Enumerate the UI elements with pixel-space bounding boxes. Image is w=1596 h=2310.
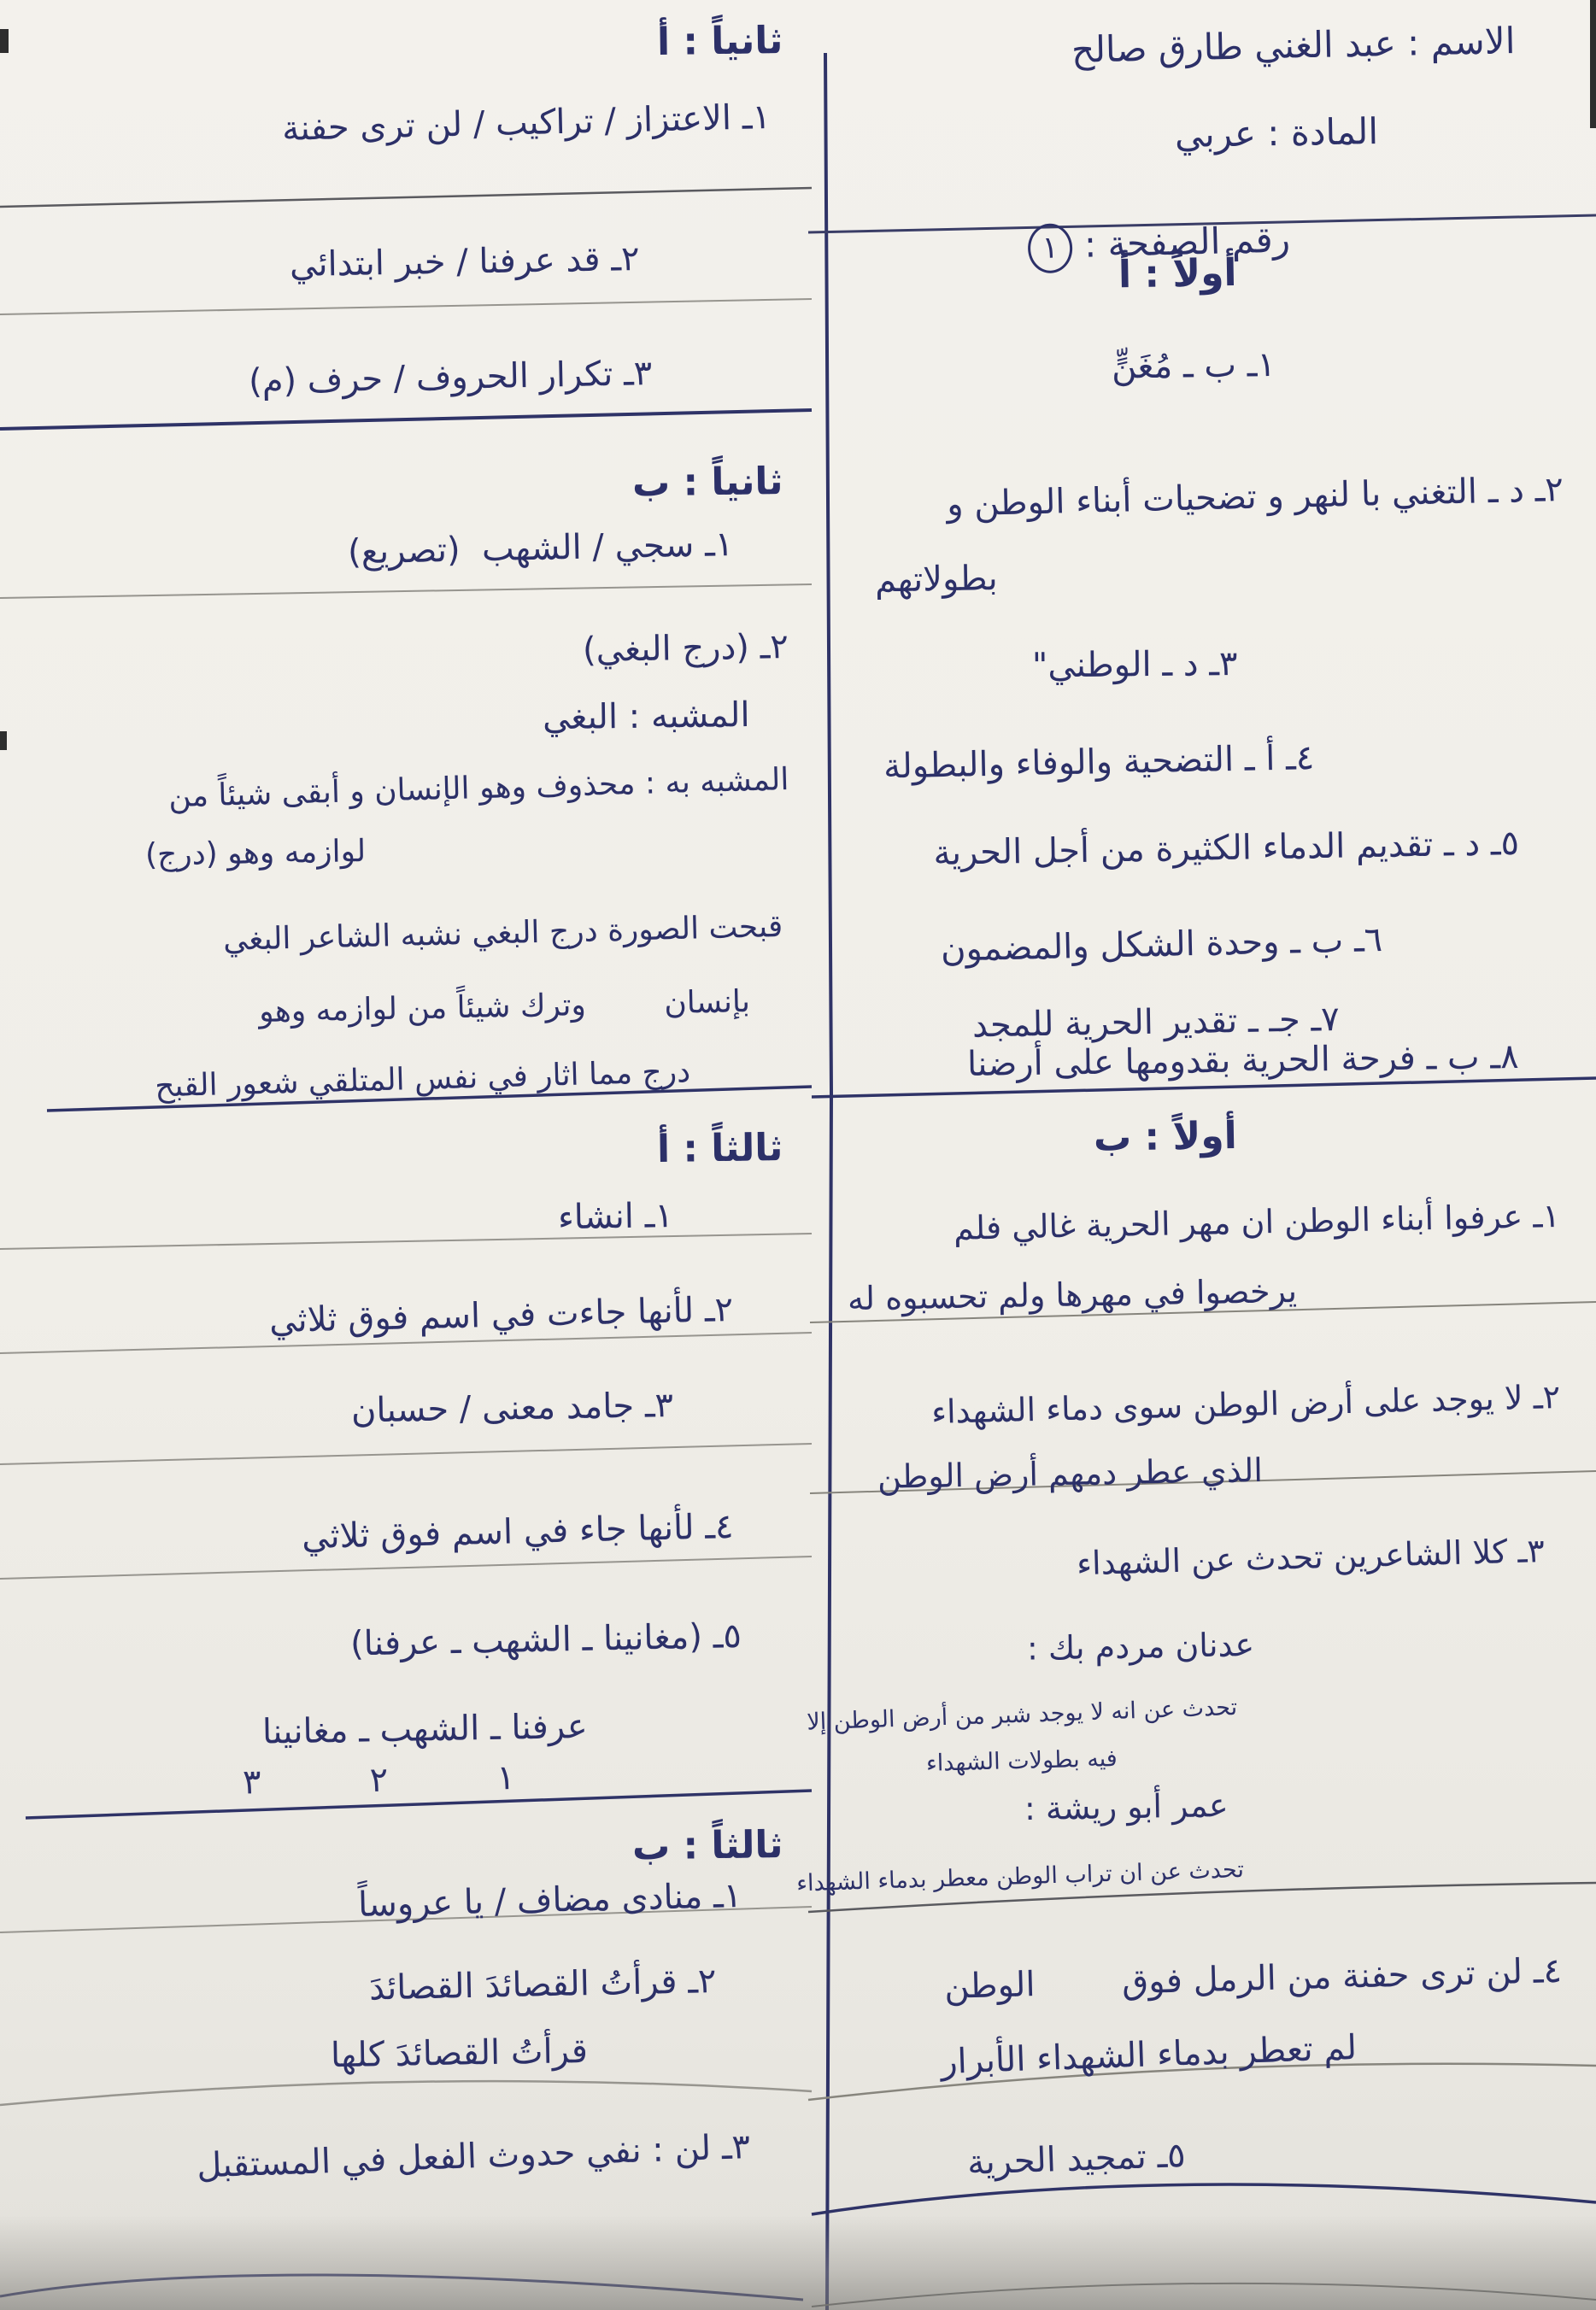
section-heading-first-a: أولاً : أ: [1118, 249, 1237, 298]
answer-line: ٥ـ د ـ تقديم الدماء الكثيرة من أجل الحري…: [836, 822, 1520, 877]
answer-line: ٣ـ كلا الشاعرين تحدث عن الشهداء: [1077, 1531, 1546, 1585]
answer-line: ١ـ عرفوا أبناء الوطن ان مهر الحرية غالي …: [953, 1196, 1561, 1249]
rule-line: [0, 2081, 812, 2105]
page-number-badge: ١: [1027, 223, 1073, 273]
rule-line: [0, 188, 812, 207]
answer-line: ١ـ الاعتزاز / تراكيب / لن ترى حفنة: [282, 96, 772, 150]
section-heading-third-b: ثالثاً : ب: [631, 1821, 783, 1870]
answer-line: ٣ـ تكرار الحروف / حرف (م): [248, 352, 652, 403]
answer-line: قبحت الصورة درج البغي نشبه الشاعر البغي: [223, 907, 783, 959]
answer-line: درج مما اثار في نفس المتلقي شعور القبح: [154, 1052, 690, 1105]
scanned-answer-sheet: الاسم : عبد الغني طارق صالح المادة : عرب…: [0, 0, 1596, 2310]
answer-line: ٢ـ قرأتُ القصائدَ القصائدَ: [368, 1960, 716, 2010]
answer-line: ٥ـ تمجيد الحرية: [967, 2134, 1187, 2184]
rule-line: [0, 410, 812, 429]
answer-line: ٤ـ لن ترى حفنة من الرمل فوق الوطن: [944, 1949, 1563, 2008]
scan-bottom-shadow: [0, 2214, 1596, 2310]
poet-name-line: عدنان مردم بك :: [1027, 1625, 1255, 1669]
answer-line: ٢ـ د ـ التغني با لنهر و تضحيات أبناء الو…: [947, 468, 1564, 526]
answer-line: الذي عطر دمهم أرض الوطن: [877, 1451, 1264, 1498]
section-heading-second-a: ثانياً : أ: [656, 17, 783, 66]
subject-line: المادة : عربي: [1175, 109, 1379, 158]
answer-line: فيه بطولات الشهداء: [926, 1744, 1118, 1779]
rule-line: [0, 1444, 812, 1464]
scan-edge-mark: [0, 731, 7, 750]
answer-line: المشبه به : محذوف وهو الإنسان و أبقى شيئ…: [167, 760, 789, 816]
answer-line: لم تعطر بدماء الشهداء الأبرار: [940, 2026, 1357, 2084]
student-name-line: الاسم : عبد الغني طارق صالح: [1071, 19, 1515, 73]
answer-line: بإنسان وترك شيئاً من لوازمه وهو: [259, 982, 751, 1031]
answer-line: ٦ـ ب ـ وحدة الشكل والمضمون: [940, 918, 1382, 971]
answer-line: ٣ـ جامد معنى / حسبان: [351, 1384, 674, 1433]
answer-line: ١ـ سجي / الشهب (تصريع): [347, 523, 733, 573]
answer-line: ١ـ منادى مضاف / يا عروساً: [357, 1874, 742, 1926]
answer-line: ٤ـ أ ـ التضحية والوفاء والبطولة: [883, 736, 1314, 789]
rule-line: [0, 584, 812, 598]
column-divider-line: [825, 53, 831, 2310]
answer-line: ٣ـ لن : نفي حدوث الفعل في المستقبل: [118, 2125, 751, 2190]
rule-line: [0, 1557, 812, 1579]
answer-line: ٢ـ قد عرفنا / خبر ابتدائي: [289, 237, 639, 286]
answer-line: قرأتُ القصائدَ كلها: [331, 2030, 589, 2077]
answer-line: ٨ـ ب ـ فرحة الحرية بقدومها على أرضنا: [967, 1035, 1519, 1086]
answer-line: ٢ـ لا يوجد على أرض الوطن سوى دماء الشهدا…: [931, 1377, 1561, 1433]
answer-line: ٢ـ (درج البغي): [583, 625, 789, 671]
poet-name-line: عمر أبو ريشة :: [1024, 1785, 1229, 1830]
answer-line: المشبه : البغي: [543, 694, 750, 739]
scan-edge-mark: [0, 29, 9, 53]
answer-line: لوازمه وهو (درج): [145, 832, 367, 874]
rule-line: [812, 2184, 1596, 2214]
answer-line: تحدث عن انه لا يوجد شبر من أرض الوطن إلا: [807, 1693, 1238, 1737]
answer-line: ٤ـ لأنها جاء في اسم فوق ثلاثي: [301, 1505, 733, 1558]
answer-line: ٢ـ لأنها جاءت في اسم فوق ثلاثي: [269, 1288, 734, 1342]
answer-line: ٥ـ (مغانينا ـ الشهب ـ عرفنا): [350, 1615, 742, 1666]
answer-line: ٣ـ د ـ الوطني": [1031, 642, 1237, 688]
rule-line: [0, 1234, 812, 1249]
section-heading-third-a: ثالثاً : أ: [656, 1124, 783, 1173]
answer-line: يرخصوا في مهرها ولم تحسبوه له: [848, 1271, 1298, 1320]
section-heading-first-b: أولاً : ب: [1094, 1112, 1238, 1162]
digits-row: ١ ٢ ٣: [243, 1756, 516, 1804]
rule-line: [0, 299, 812, 314]
answer-line: ١ـ ب ـ مُغَنٍّ: [1112, 343, 1276, 389]
section-heading-second-b: ثانياً : ب: [631, 458, 783, 507]
answer-line: تحدث عن ان تراب الوطن معطر بدماء الشهداء: [796, 1856, 1245, 1898]
answer-line: بطولاتهم: [875, 557, 998, 601]
answer-line: ١ـ انشاء: [558, 1194, 674, 1239]
scan-edge-mark: [1590, 0, 1596, 128]
answer-line: عرفنا ـ الشهب ـ مغانينا: [262, 1705, 589, 1754]
